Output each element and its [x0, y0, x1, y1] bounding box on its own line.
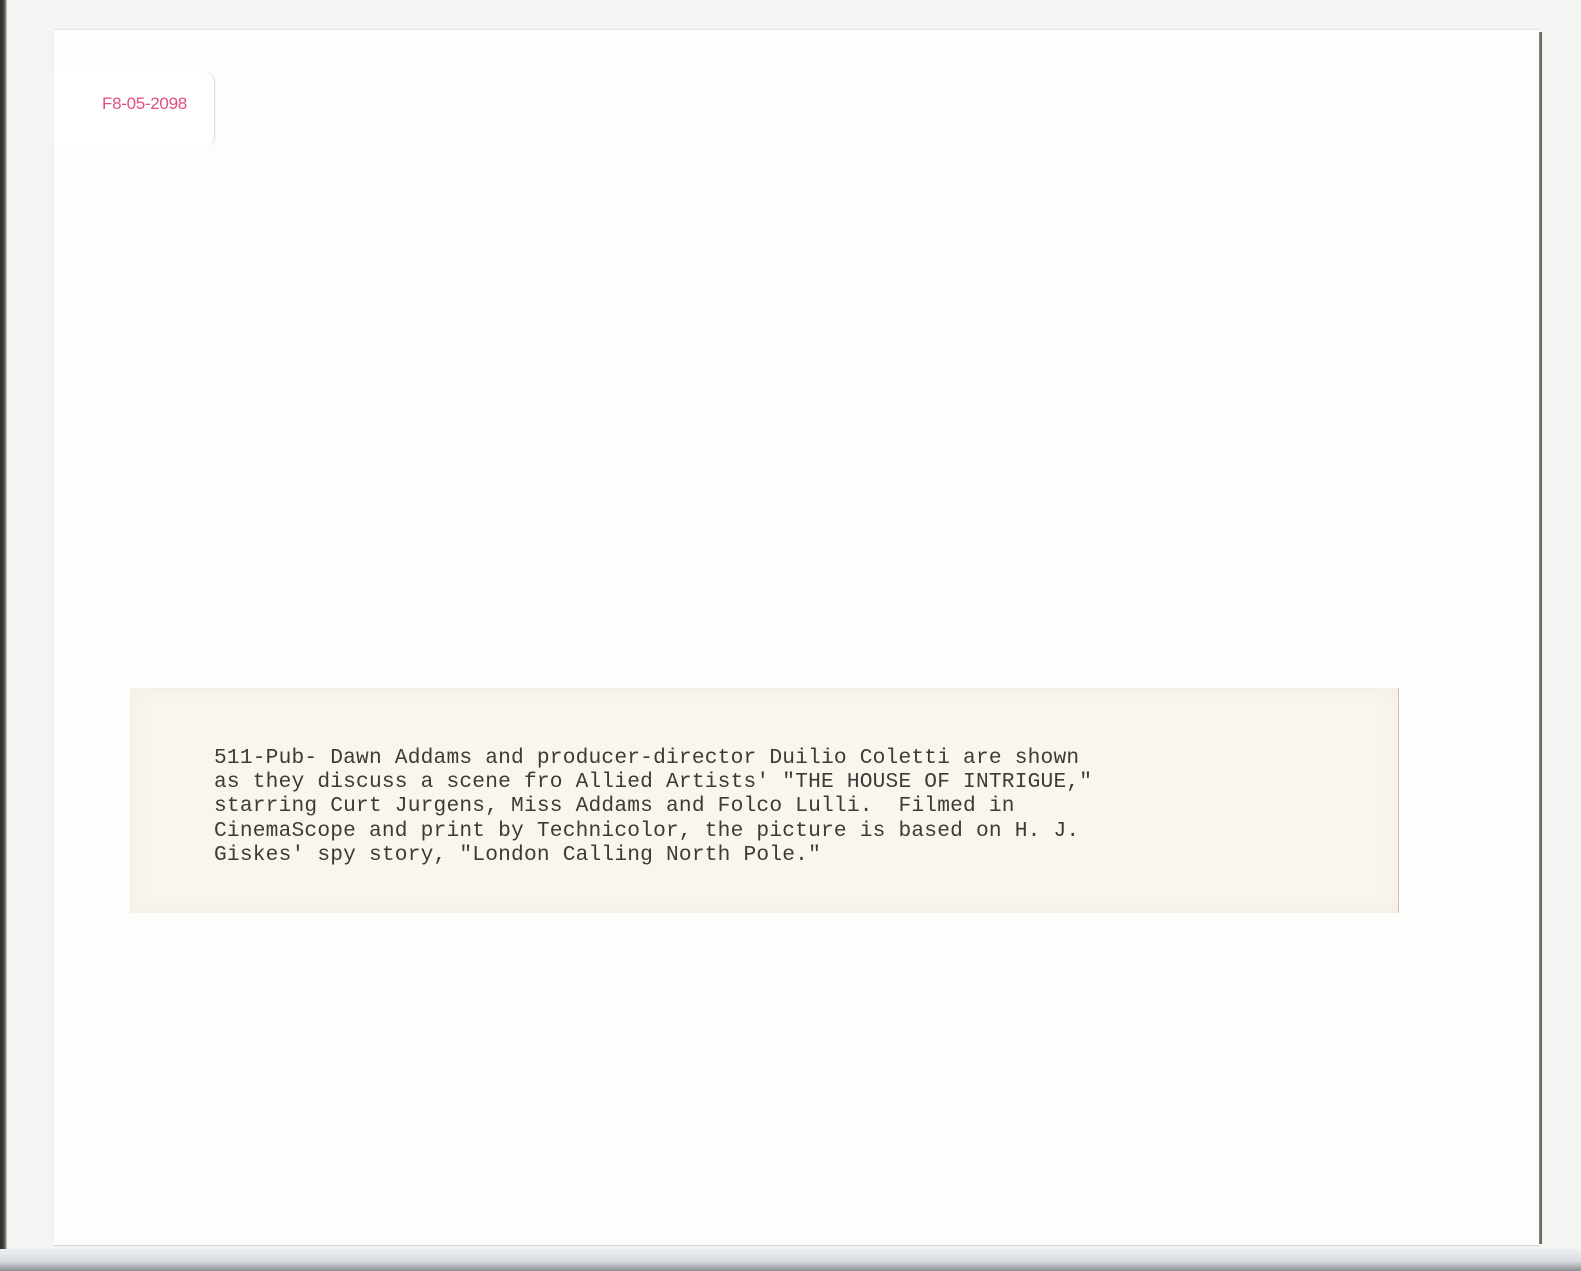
- caption-line: starring Curt Jurgens, Miss Addams and F…: [214, 794, 1015, 818]
- caption-line: as they discuss a scene fro Allied Artis…: [214, 770, 1092, 794]
- caption-line: CinemaScope and print by Technicolor, th…: [214, 819, 1079, 843]
- sheet-edge-shadow: [1539, 32, 1542, 1244]
- archive-code: F8-05-2098: [102, 94, 187, 114]
- caption-line: Giskes' spy story, "London Calling North…: [214, 843, 821, 867]
- scanner-bed-edge: [0, 1249, 1581, 1271]
- caption-snipe: 511-Pub- Dawn Addams and producer-direct…: [130, 688, 1399, 913]
- caption-text: 511-Pub- Dawn Addams and producer-direct…: [214, 746, 1092, 867]
- photo-back-sheet: F8-05-2098 511-Pub- Dawn Addams and prod…: [54, 29, 1540, 1246]
- scanner-edge: [0, 0, 7, 1271]
- caption-line: 511-Pub- Dawn Addams and producer-direct…: [214, 746, 1079, 770]
- archive-label-sticker: F8-05-2098: [54, 72, 215, 146]
